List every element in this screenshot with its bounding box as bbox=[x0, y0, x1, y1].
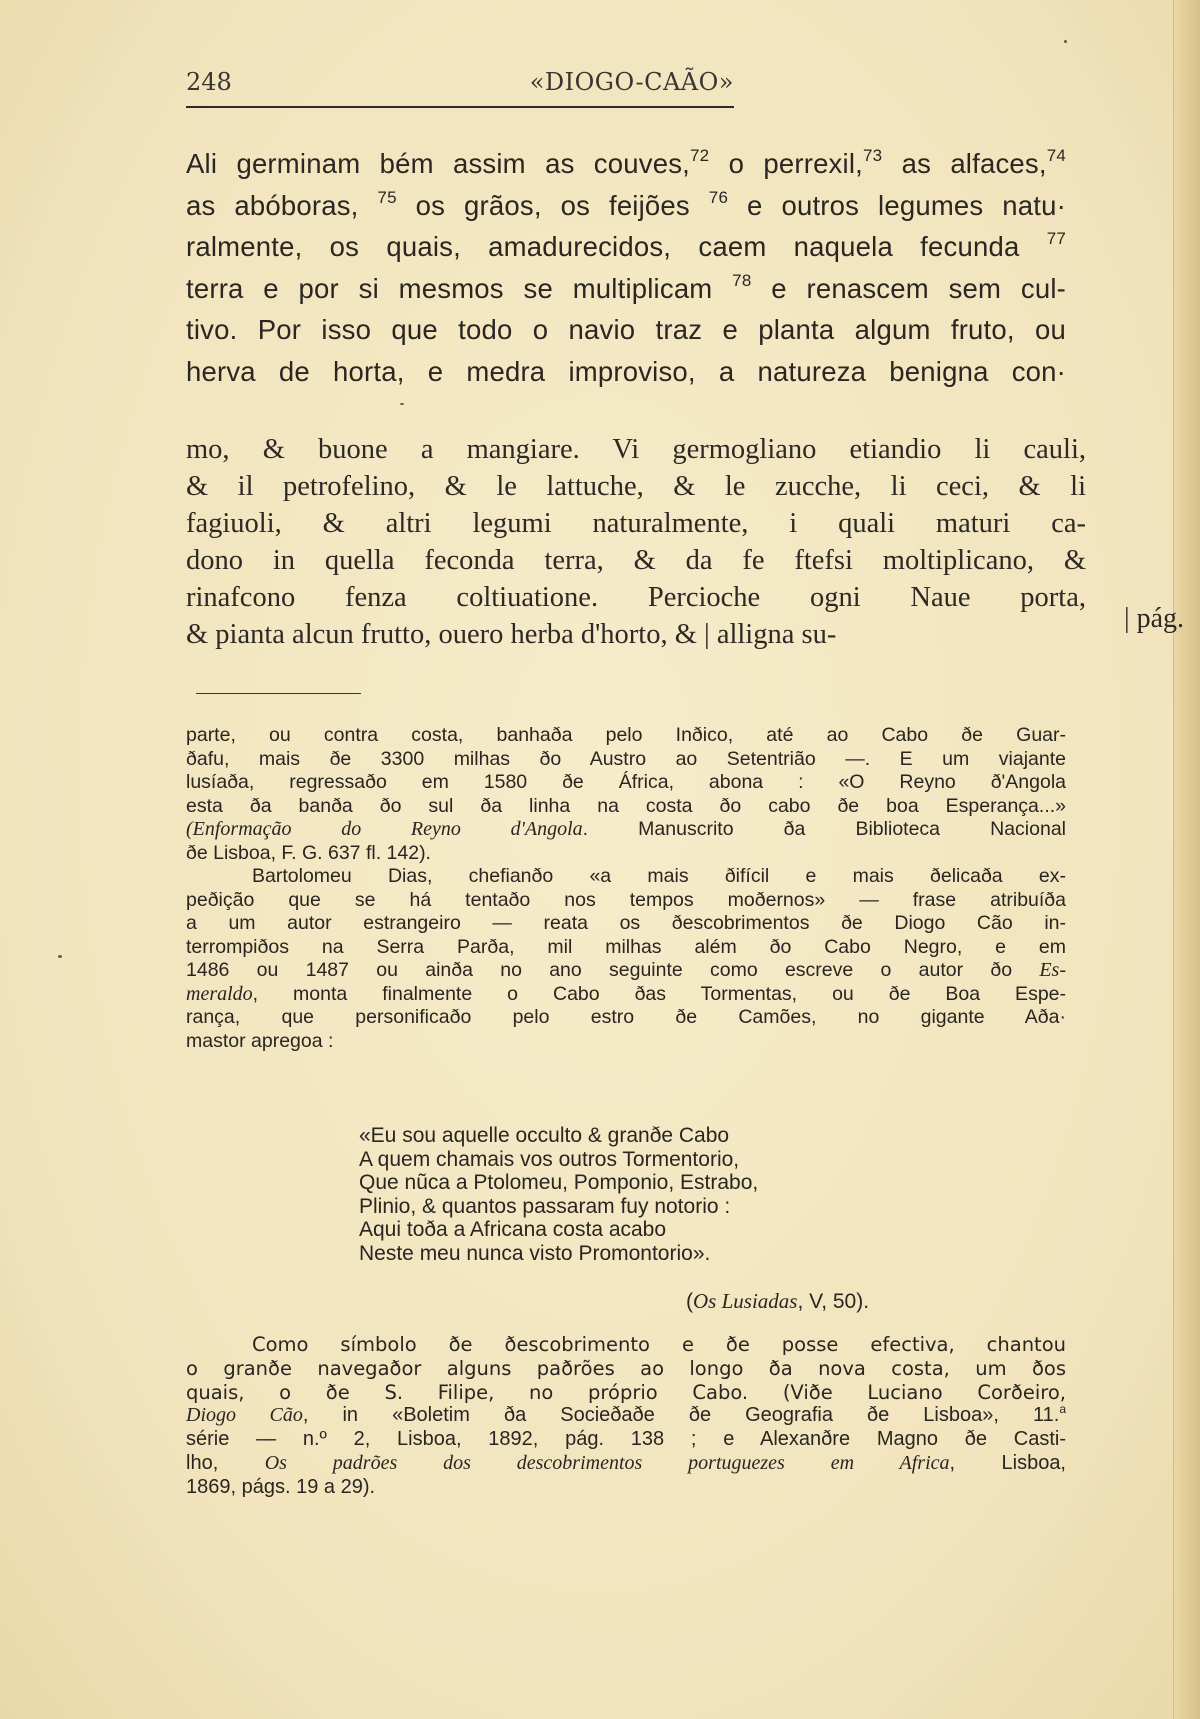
note-line: peðição que se há tentaðo nos tempos moð… bbox=[186, 889, 1066, 913]
note-line: (Enformação do Reyno d'Angola. Manuscrit… bbox=[186, 818, 1066, 842]
text-line: terra e por si mesmos se multiplicam 78 … bbox=[186, 268, 1066, 310]
note-line: Bartolomeu Dias, chefianðo «a mais ðifíc… bbox=[186, 865, 1066, 889]
page-number: 248 bbox=[186, 68, 232, 96]
note-line: meraldo, monta finalmente o Cabo ðas Tor… bbox=[186, 983, 1066, 1007]
footnote-ref: 76 bbox=[709, 188, 728, 207]
page-gutter-edge bbox=[1173, 0, 1200, 1719]
verse-line: «Eu sou aquelle occulto & granðe Cabo bbox=[359, 1124, 959, 1148]
note-line: parte, ou contra costa, banhaða pelo Inð… bbox=[186, 724, 1066, 748]
note-line: série — n.º 2, Lisboa, 1892, pág. 138 ; … bbox=[186, 1428, 1066, 1452]
portuguese-paragraph: Ali germinam bém assim as couves,72 o pe… bbox=[186, 143, 1066, 392]
footnote-ref: 72 bbox=[690, 146, 709, 165]
source-title: Diogo Cão bbox=[186, 1404, 303, 1426]
verse-line: A quem chamais vos outros Tormentorio, bbox=[359, 1148, 959, 1172]
verse-line: Que nũca a Ptolomeu, Pomponio, Estrabo, bbox=[359, 1171, 959, 1195]
text-line: ralmente, os quais, amadurecidos, caem n… bbox=[186, 226, 1066, 268]
note-line: lusíaða, regressaðo em 1580 ðe África, a… bbox=[186, 771, 1066, 795]
paper-speck bbox=[400, 403, 404, 405]
text-line: tivo. Por isso que todo o navio traz e p… bbox=[186, 309, 1066, 351]
source-title: meraldo bbox=[186, 983, 253, 1005]
note-line: rança, que personificaðo pelo estro ðe C… bbox=[186, 1006, 1066, 1030]
footnote-ref: 73 bbox=[863, 146, 882, 165]
footnote-separator bbox=[196, 693, 361, 694]
note-line: 1486 ou 1487 ou ainða no ano seguinte co… bbox=[186, 959, 1066, 983]
footnote-ref: 78 bbox=[732, 271, 751, 290]
note-line: mastor apregoa : bbox=[186, 1030, 1066, 1054]
source-title: Os padrões dos descobrimentos portugueze… bbox=[265, 1452, 950, 1474]
note-line: o granðe navegaðor alguns paðrões ao lon… bbox=[186, 1357, 1066, 1381]
text-line: & pianta alcun frutto, ouero herba d'hor… bbox=[186, 616, 1086, 653]
verse-quote: «Eu sou aquelle occulto & granðe Cabo A … bbox=[359, 1124, 959, 1265]
text-line: & il petrofelino, & le lattuche, & le zu… bbox=[186, 468, 1086, 505]
text-line: as abóboras, 75 os grãos, os feijões 76 … bbox=[186, 185, 1066, 227]
source-title: Es- bbox=[1039, 959, 1066, 981]
footnote-ref: 75 bbox=[377, 188, 396, 207]
footnote-ref: 74 bbox=[1047, 146, 1066, 165]
text-line: rinafcono fenza coltiuatione. Percioche … bbox=[186, 579, 1086, 616]
verse-line: Aqui toða a Africana costa acabo bbox=[359, 1218, 959, 1242]
footnote-ref: 77 bbox=[1047, 229, 1066, 248]
paper-speck bbox=[1064, 40, 1067, 43]
text-line: Ali germinam bém assim as couves,72 o pe… bbox=[186, 143, 1066, 185]
verse-line: Neste meu nunca visto Promontorio». bbox=[359, 1242, 959, 1266]
running-title: «DIOGO-CAÃO» bbox=[530, 68, 734, 96]
paper-speck bbox=[58, 955, 62, 958]
verse-citation: (Os Lusiadas, V, 50). bbox=[686, 1289, 869, 1314]
text-line: dono in quella feconda terra, & da fe ft… bbox=[186, 542, 1086, 579]
text-line: mo, & buone a mangiare. Vi germogliano e… bbox=[186, 431, 1086, 468]
italian-paragraph: mo, & buone a mangiare. Vi germogliano e… bbox=[186, 431, 1086, 653]
note-line: 1869, págs. 19 a 29). bbox=[186, 1476, 1066, 1500]
note-line: Como símbolo ðe ðescobrimento e ðe posse… bbox=[186, 1333, 1066, 1357]
text-line: fagiuoli, & altri legumi naturalmente, i… bbox=[186, 505, 1086, 542]
note-line: ðe Lisboa, F. G. 637 fl. 142). bbox=[186, 842, 1066, 866]
note-line: ðafu, mais ðe 3300 milhas ðo Austro ao S… bbox=[186, 748, 1066, 772]
note-line: Diogo Cão, in «Boletim ða Socieðaðe ðe G… bbox=[186, 1404, 1066, 1428]
text-line: herva de horta, e medra improviso, a nat… bbox=[186, 351, 1066, 393]
note-line: terrompiðos na Serra Parða, mil milhas a… bbox=[186, 936, 1066, 960]
note-line: a um autor estrangeiro — reata os ðescob… bbox=[186, 912, 1066, 936]
note-line: quais, o ðe S. Filipe, no próprio Cabo. … bbox=[186, 1381, 1066, 1405]
page-header: 248 «DIOGO-CAÃO» bbox=[186, 66, 734, 108]
margin-page-note: | pág. bbox=[1124, 603, 1184, 635]
source-title: (Enformação do Reyno d'Angola bbox=[186, 818, 583, 840]
closing-note: Como símbolo ðe ðescobrimento e ðe posse… bbox=[186, 1333, 1066, 1500]
note-line: esta ða banða ðo sul ða linha na costa ð… bbox=[186, 795, 1066, 819]
verse-line: Plinio, & quantos passaram fuy notorio : bbox=[359, 1195, 959, 1219]
note-line: lho, Os padrões dos descobrimentos portu… bbox=[186, 1452, 1066, 1476]
footnotes-block: parte, ou contra costa, banhaða pelo Inð… bbox=[186, 724, 1066, 1053]
